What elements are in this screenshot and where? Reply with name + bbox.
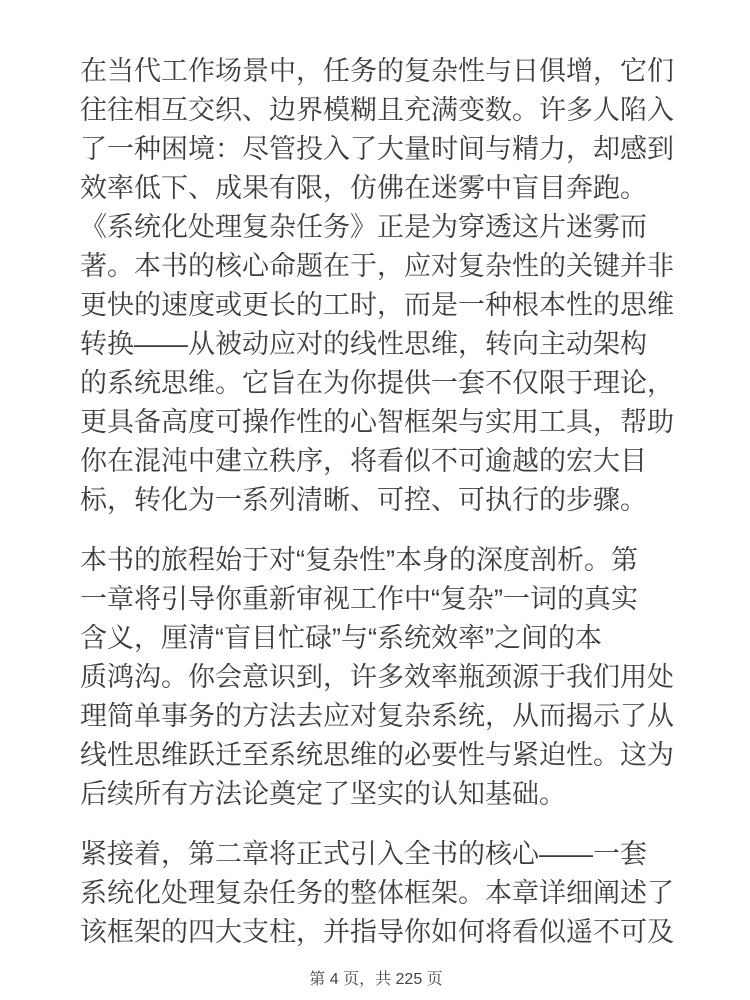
text-line: 质鸿沟。你会意识到，许多效率瓶颈源于我们用处 — [80, 658, 672, 697]
text-line: 系统化处理复杂任务的整体框架。本章详细阐述了 — [80, 874, 672, 913]
text-line: 线性思维跃迁至系统思维的必要性与紧迫性。这为 — [80, 736, 672, 775]
text-line: 后续所有方法论奠定了坚实的认知基础。 — [80, 775, 672, 814]
text-line: 紧接着，第二章将正式引入全书的核心——一套 — [80, 835, 672, 874]
text-line: 一章将引导你重新审视工作中“复杂”一词的真实 — [80, 580, 672, 619]
text-line: 的系统思维。它旨在为你提供一套不仅限于理论， — [80, 364, 672, 403]
paragraph-1: 在当代工作场景中，任务的复杂性与日俱增，它们 往往相互交织、边界模糊且充满变数。… — [80, 52, 672, 520]
text-line: 《系统化处理复杂任务》正是为穿透这片迷雾而 — [80, 208, 672, 247]
text-line: 该框架的四大支柱，并指导你如何将看似遥不可及 — [80, 913, 672, 952]
document-page: 在当代工作场景中，任务的复杂性与日俱增，它们 往往相互交织、边界模糊且充满变数。… — [0, 0, 750, 1000]
text-line: 效率低下、成果有限，仿佛在迷雾中盲目奔跑。 — [80, 169, 672, 208]
text-line: 含义，厘清“盲目忙碌”与“系统效率”之间的本 — [80, 619, 672, 658]
text-line: 著。本书的核心命题在于，应对复杂性的关键并非 — [80, 247, 672, 286]
text-line: 理简单事务的方法去应对复杂系统，从而揭示了从 — [80, 697, 672, 736]
text-line: 你在混沌中建立秩序，将看似不可逾越的宏大目 — [80, 442, 672, 481]
page-number-footer: 第 4 页，共 225 页 — [80, 969, 672, 991]
paragraph-3: 紧接着，第二章将正式引入全书的核心——一套 系统化处理复杂任务的整体框架。本章详… — [80, 835, 672, 952]
text-line: 往往相互交织、边界模糊且充满变数。许多人陷入 — [80, 91, 672, 130]
text-line: 本书的旅程始于对“复杂性”本身的深度剖析。第 — [80, 541, 672, 580]
paragraph-2: 本书的旅程始于对“复杂性”本身的深度剖析。第 一章将引导你重新审视工作中“复杂”… — [80, 541, 672, 814]
text-line: 了一种困境：尽管投入了大量时间与精力，却感到 — [80, 130, 672, 169]
text-line: 更具备高度可操作性的心智框架与实用工具，帮助 — [80, 403, 672, 442]
text-line: 在当代工作场景中，任务的复杂性与日俱增，它们 — [80, 52, 672, 91]
text-line: 标，转化为一系列清晰、可控、可执行的步骤。 — [80, 481, 672, 520]
text-line: 更快的速度或更长的工时，而是一种根本性的思维 — [80, 286, 672, 325]
text-line: 转换——从被动应对的线性思维，转向主动架构 — [80, 325, 672, 364]
